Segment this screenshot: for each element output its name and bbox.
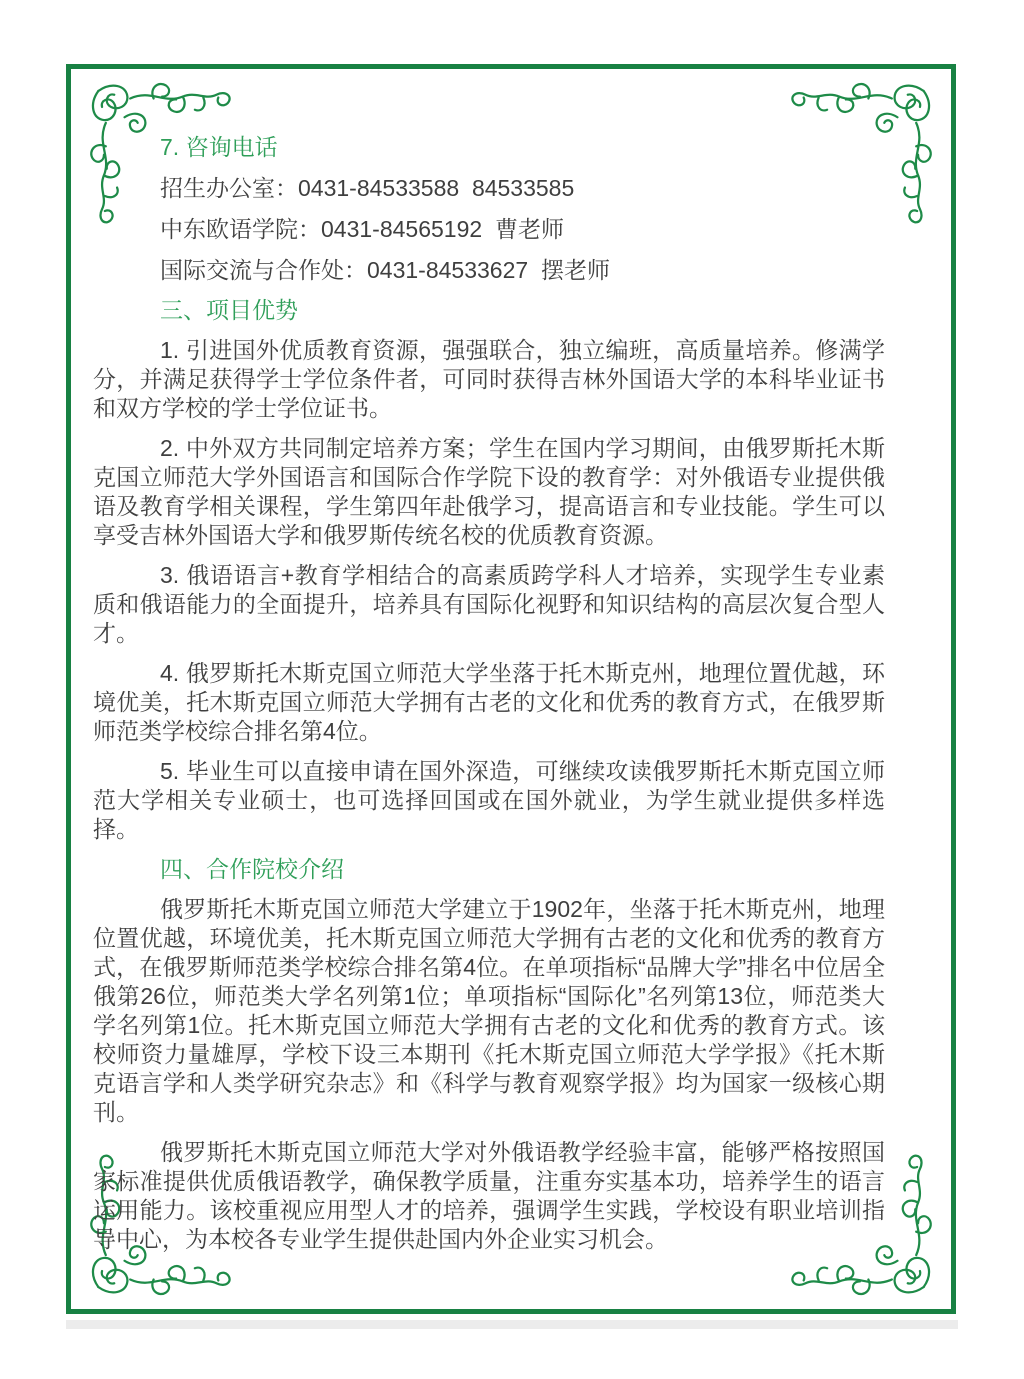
contact-line-school: 中东欧语学院：0431-84565192 曹老师 bbox=[160, 215, 885, 244]
advantage-paragraph-5: 5. 毕业生可以直接申请在国外深造，可继续攻读俄罗斯托木斯克国立师范大学相关专业… bbox=[93, 757, 885, 844]
section-heading-partner-intro: 四、合作院校介绍 bbox=[160, 855, 885, 884]
partner-intro-paragraph-1: 俄罗斯托木斯克国立师范大学建立于1902年，坐落于托木斯克州，地理位置优越，环境… bbox=[93, 895, 885, 1127]
advantage-paragraph-3: 3. 俄语语言+教育学相结合的高素质跨学科人才培养，实现学生专业素质和俄语能力的… bbox=[93, 561, 885, 648]
partner-intro-paragraph-2: 俄罗斯托木斯克国立师范大学对外俄语教学经验丰富，能够严格按照国家标准提供优质俄语… bbox=[93, 1138, 885, 1254]
advantage-paragraph-1: 1. 引进国外优质教育资源，强强联合，独立编班，高质量培养。修满学分，并满足获得… bbox=[93, 336, 885, 423]
advantage-paragraph-2: 2. 中外双方共同制定培养方案；学生在国内学习期间，由俄罗斯托木斯克国立师范大学… bbox=[93, 434, 885, 550]
advantage-paragraph-4: 4. 俄罗斯托木斯克国立师范大学坐落于托木斯克州，地理位置优越，环境优美，托木斯… bbox=[93, 659, 885, 746]
contact-line-international: 国际交流与合作处：0431-84533627 摆老师 bbox=[160, 256, 885, 285]
contact-heading: 7. 咨询电话 bbox=[160, 133, 885, 162]
page-bottom-shadow bbox=[66, 1320, 958, 1329]
section-heading-advantages: 三、项目优势 bbox=[160, 296, 885, 325]
contact-line-admissions: 招生办公室：0431-84533588 84533585 bbox=[160, 174, 885, 203]
document-body: 7. 咨询电话 招生办公室：0431-84533588 84533585 中东欧… bbox=[93, 133, 885, 1254]
